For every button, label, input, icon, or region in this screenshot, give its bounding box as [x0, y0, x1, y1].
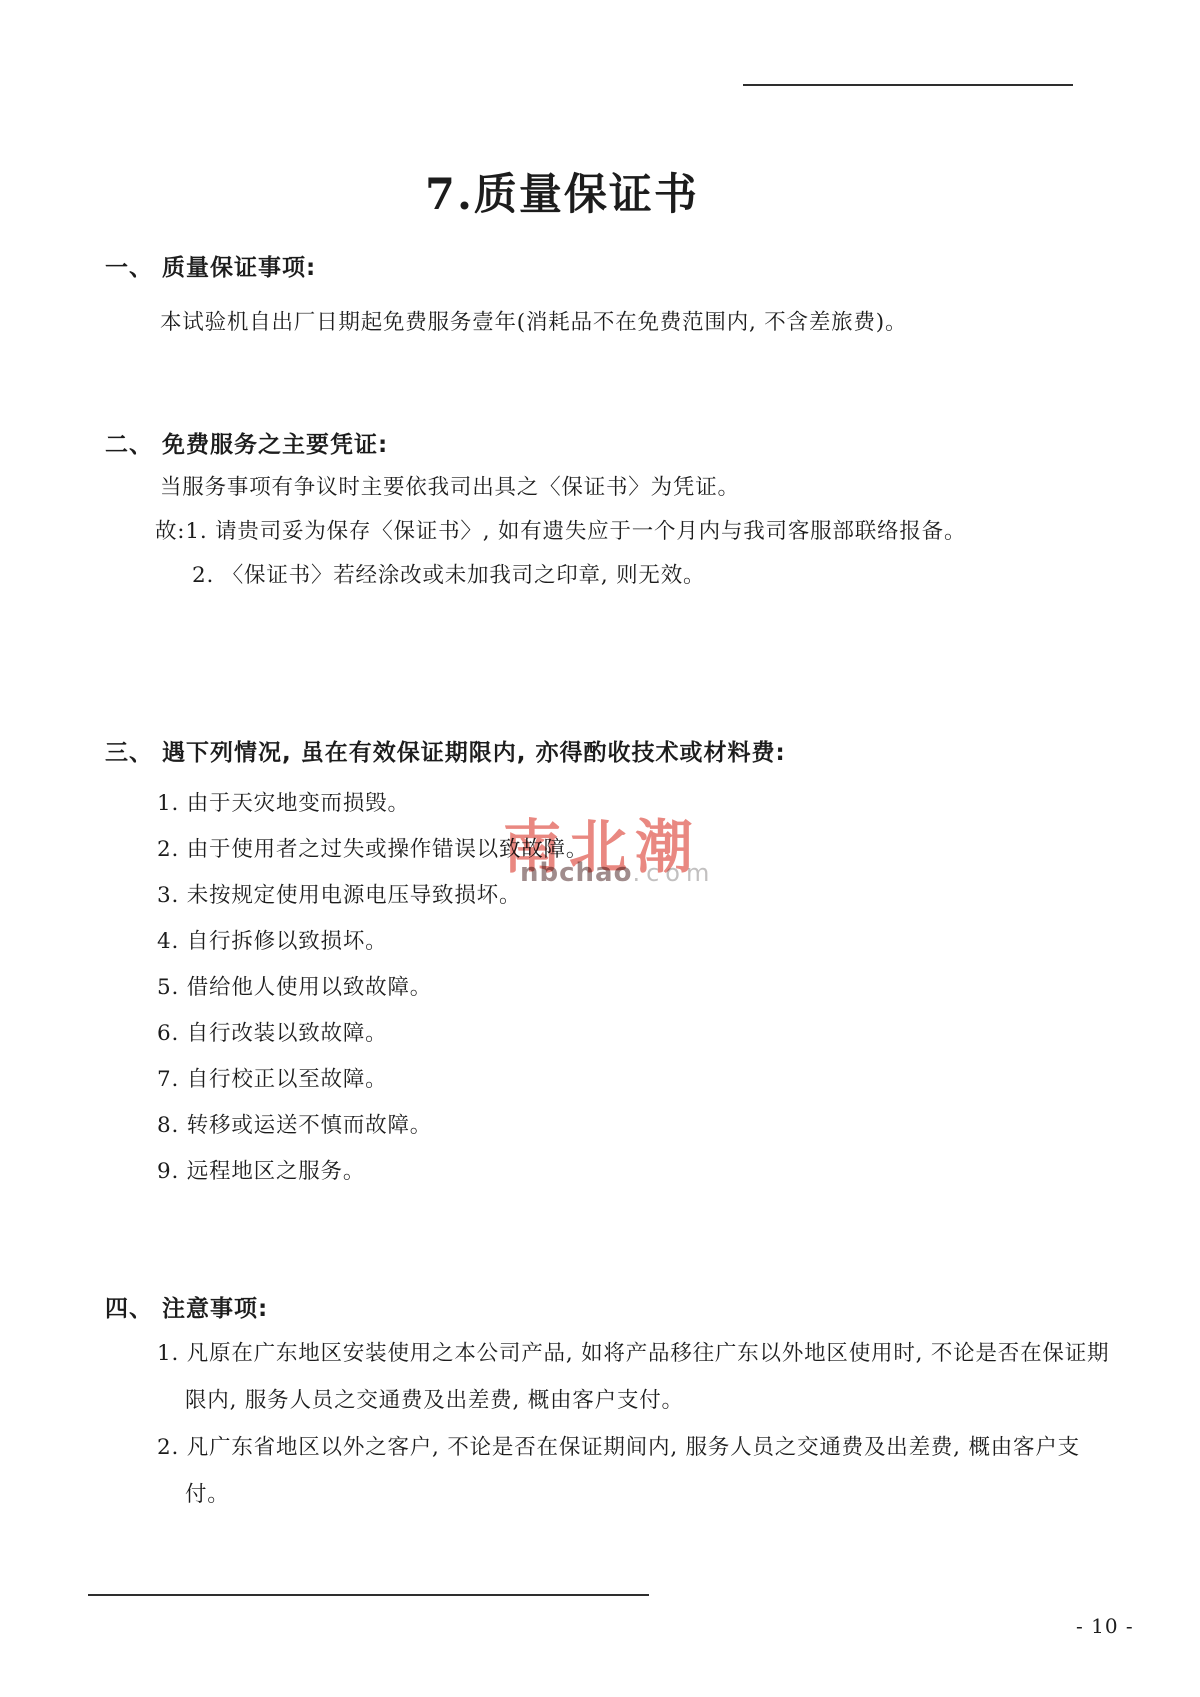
section-3-item-6: 6. 自行改装以致故障。	[157, 1016, 387, 1047]
section-3-item-8: 8. 转移或运送不慎而故障。	[157, 1108, 432, 1139]
section-3-item-5: 5. 借给他人使用以致故障。	[157, 970, 432, 1001]
section-1-body: 本试验机自出厂日期起免费服务壹年(消耗品不在免费范围内, 不含差旅费)。	[160, 305, 907, 336]
section-3-item-9: 9. 远程地区之服务。	[157, 1154, 365, 1185]
section-2-heading: 二、 免费服务之主要凭证:	[105, 426, 388, 459]
section-3-heading: 三、 遇下列情况, 虽在有效保证期限内, 亦得酌收技术或材料费:	[105, 734, 786, 767]
section-2-line-3: 2. 〈保证书〉若经涂改或未加我司之印章, 则无效。	[192, 558, 705, 589]
section-3-item-1: 1. 由于天灾地变而损毁。	[157, 786, 410, 817]
section-3-item-3: 3. 未按规定使用电源电压导致损坏。	[157, 878, 521, 909]
footer-rule	[88, 1594, 649, 1596]
section-2-line-1: 当服务事项有争议时主要依我司出具之〈保证书〉为凭证。	[160, 470, 740, 501]
page-title: 7.质量保证书	[0, 161, 1124, 222]
section-3-item-7: 7. 自行校正以至故障。	[157, 1062, 387, 1093]
section-2-line-2: 故:1. 请贵司妥为保存〈保证书〉, 如有遗失应于一个月内与我司客服部联络报备。	[155, 514, 966, 545]
document-page: 7.质量保证书 一、 质量保证事项: 本试验机自出厂日期起免费服务壹年(消耗品不…	[0, 0, 1200, 1697]
watermark-domain-suffix: .com	[632, 859, 715, 887]
section-4-heading: 四、 注意事项:	[105, 1290, 268, 1323]
section-3-item-4: 4. 自行拆修以致损坏。	[157, 924, 387, 955]
page-number: - 10 -	[1076, 1614, 1134, 1638]
section-3-item-2: 2. 由于使用者之过失或操作错误以致故障。	[157, 832, 588, 863]
section-1-heading: 一、 质量保证事项:	[105, 249, 316, 282]
section-4-item-1: 1. 凡原在广东地区安装使用之本公司产品, 如将产品移往广东以外地区使用时, 不…	[157, 1330, 1120, 1424]
section-4-item-2: 2. 凡广东省地区以外之客户, 不论是否在保证期间内, 服务人员之交通费及出差费…	[157, 1424, 1120, 1518]
header-rule	[743, 84, 1073, 86]
